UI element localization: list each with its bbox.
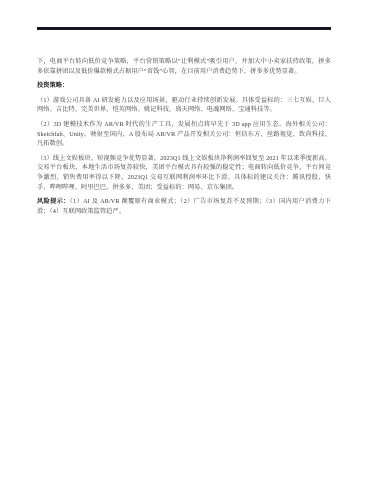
risk-paragraph: 风险提示：（1）AI 及 AR/VR 颠覆原有商业模式；（2）广告市场复苏不及预…: [37, 197, 331, 216]
page-header-rule: [37, 27, 331, 30]
strategy-item-2: （2）3D 建模技术作为 AR/VR 时代的生产工具，发展拐点将早先于 3D a…: [37, 120, 331, 149]
page-body-text: 下，电商平台转向低价竞争策略，平台营销策略以“让利模式”吸引用户，并加大中小卖家…: [37, 57, 331, 221]
intro-paragraph: 下，电商平台转向低价竞争策略，平台营销策略以“让利模式”吸引用户，并加大中小卖家…: [37, 57, 331, 76]
strategy-item-3: （3）线上文娱板块、短视频竞争优势显著，2023Q1 线上文娱板块净利润率回复至…: [37, 154, 331, 192]
report-page: 下，电商平台转向低价竞争策略，平台营销策略以“让利模式”吸引用户，并加大中小卖家…: [0, 0, 369, 500]
risk-text: （1）AI 及 AR/VR 颠覆原有商业模式；（2）广告市场复苏不及预期；（3）…: [37, 198, 331, 215]
investment-strategy-heading: 投资策略：: [37, 81, 331, 91]
risk-label: 风险提示：: [37, 198, 70, 205]
strategy-item-1: （1）游戏公司具备 AI 研发能力以及应用场景，驱动行业持续创新发展。具体受益标…: [37, 96, 331, 115]
